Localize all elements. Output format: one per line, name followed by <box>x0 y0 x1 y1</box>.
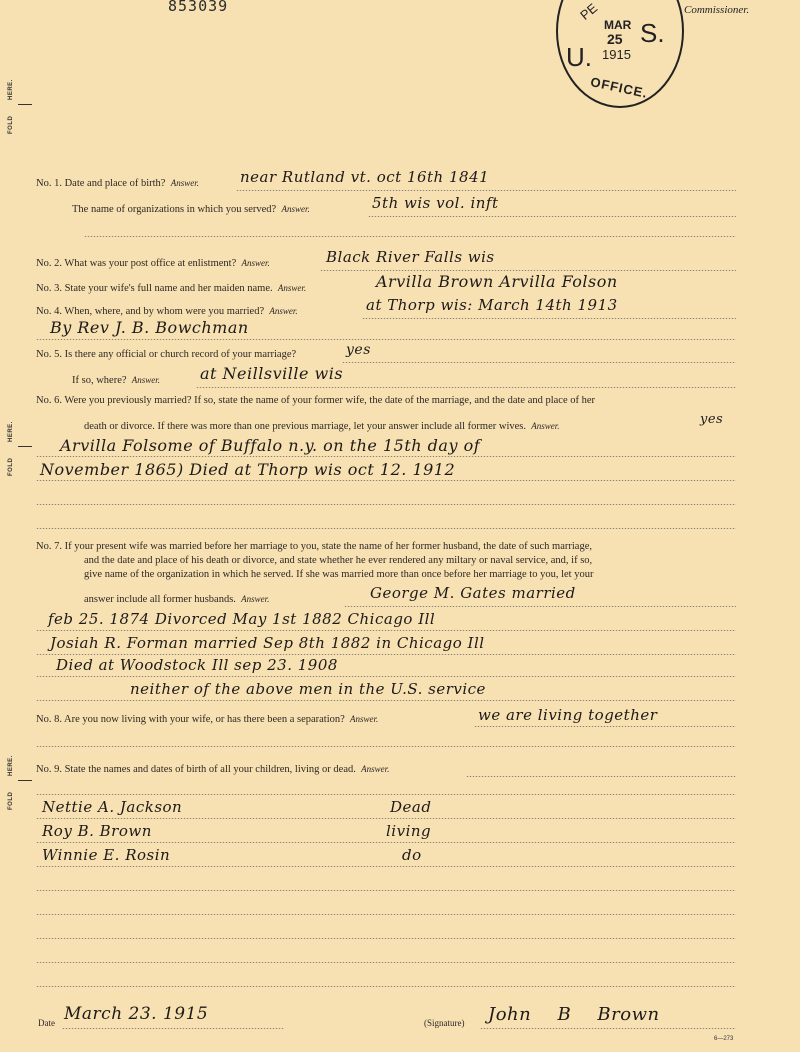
answer-line <box>36 746 736 747</box>
question-7-answer[interactable]: George M. Gates married <box>370 584 576 602</box>
question-9-label: No. 9. State the names and dates of birt… <box>36 762 389 777</box>
fold-line <box>18 780 32 781</box>
question-3-answer[interactable]: Arvilla Brown Arvilla Folson <box>376 272 618 291</box>
question-6-answer-line-2[interactable]: November 1865) Died at Thorp wis oct 12.… <box>40 460 455 479</box>
answer-line <box>368 216 736 217</box>
here-text: HERE. <box>8 421 14 442</box>
signature-line <box>480 1028 736 1029</box>
stamp-month: MAR <box>604 18 631 32</box>
answer-line <box>36 938 736 939</box>
fold-line <box>18 104 32 105</box>
answer-line <box>36 528 736 529</box>
question-3-label: No. 3. State your wife's full name and h… <box>36 281 306 296</box>
answer-line <box>36 866 736 867</box>
fold-mark-bottom: FOLD HERE. <box>6 752 26 818</box>
signature-label: (Signature) <box>424 1016 465 1030</box>
fold-line <box>18 446 32 447</box>
answer-line <box>466 776 736 777</box>
fold-text: FOLD <box>8 792 14 810</box>
form-code: 6—273 <box>714 1036 733 1042</box>
question-8-label: No. 8. Are you now living with your wife… <box>36 712 378 727</box>
answer-line <box>36 986 736 987</box>
answer-line <box>36 339 736 340</box>
question-7-label-line-4: answer include all former husbands. Answ… <box>84 592 269 607</box>
answer-label: Answer. <box>361 764 389 774</box>
child-2-status[interactable]: living <box>386 822 431 840</box>
answer-label: Answer. <box>171 178 199 188</box>
fold-mark-middle: FOLD HERE. <box>6 418 26 484</box>
question-7-label-line-2: and the date and place of his death or d… <box>84 554 592 568</box>
answer-line <box>196 387 736 388</box>
question-5-label: No. 5. Is there any official or church r… <box>36 348 296 362</box>
question-6-label-line-1: No. 6. Were you previously married? If s… <box>36 394 595 408</box>
question-2-answer[interactable]: Black River Falls wis <box>326 248 495 266</box>
answer-label: Answer. <box>132 375 160 385</box>
answer-label: Answer. <box>241 258 269 268</box>
question-1-sub-label: The name of organizations in which you s… <box>72 202 310 217</box>
answer-label: Answer. <box>269 306 297 316</box>
stamp-bottom: OFFICE. <box>589 74 649 101</box>
answer-line <box>36 914 736 915</box>
answer-line <box>36 654 736 655</box>
answer-line <box>236 190 736 191</box>
question-1-sub-answer[interactable]: 5th wis vol. inft <box>372 194 498 212</box>
question-7-answer-line-3[interactable]: Died at Woodstock Ill sep 23. 1908 <box>56 656 338 674</box>
answer-line <box>36 676 736 677</box>
answer-line <box>36 818 736 819</box>
child-2-name[interactable]: Roy B. Brown <box>42 822 152 840</box>
answer-line <box>344 606 736 607</box>
stamp-day: 25 <box>607 31 623 47</box>
answer-line <box>36 962 736 963</box>
stamp-year: 1915 <box>602 47 631 62</box>
question-4-label: No. 4. When, where, and by whom were you… <box>36 304 298 319</box>
date-value[interactable]: March 23. 1915 <box>64 1004 208 1024</box>
answer-label: Answer. <box>278 283 306 293</box>
answer-line <box>36 700 736 701</box>
question-4-answer[interactable]: at Thorp wis: March 14th 1913 <box>366 296 618 314</box>
child-1-name[interactable]: Nettie A. Jackson <box>42 798 182 816</box>
answer-line <box>342 362 736 363</box>
answer-line <box>84 236 736 237</box>
child-3-status[interactable]: do <box>402 846 422 864</box>
fold-text: FOLD <box>8 116 14 134</box>
question-7-label-line-1: No. 7. If your present wife was married … <box>36 540 592 554</box>
child-1-status[interactable]: Dead <box>390 798 431 816</box>
question-1-answer[interactable]: near Rutland vt. oct 16th 1841 <box>240 168 489 186</box>
stamp-right: S. <box>640 18 665 49</box>
serial-number: 853039 <box>168 0 228 15</box>
answer-line <box>36 890 736 891</box>
signature-value[interactable]: John B Brown <box>488 1004 660 1025</box>
here-text: HERE. <box>8 755 14 776</box>
answer-line <box>36 842 736 843</box>
question-6-label-line-2: death or divorce. If there was more than… <box>84 419 560 434</box>
question-7-answer-line-4[interactable]: neither of the above men in the U.S. ser… <box>130 680 486 698</box>
answer-line <box>36 456 736 457</box>
question-2-label: No. 2. What was your post office at enli… <box>36 256 270 271</box>
answer-line <box>36 480 736 481</box>
date-line <box>62 1028 284 1029</box>
question-7-answer-line-2[interactable]: Josiah R. Forman married Sep 8th 1882 in… <box>50 634 485 652</box>
question-6-answer[interactable]: yes <box>700 412 723 427</box>
question-5-answer[interactable]: yes <box>346 342 371 358</box>
stamp-top-text: PE <box>577 0 600 23</box>
child-3-name[interactable]: Winnie E. Rosin <box>42 846 170 864</box>
answer-label: Answer. <box>350 714 378 724</box>
fold-text: FOLD <box>8 458 14 476</box>
answer-line <box>320 270 736 271</box>
answer-line <box>36 794 736 795</box>
date-label: Date <box>38 1016 55 1030</box>
answer-label: Answer. <box>281 204 309 214</box>
fold-mark-top: FOLD HERE. <box>6 76 26 142</box>
answer-label: Answer. <box>531 421 559 431</box>
answer-line <box>474 726 736 727</box>
answer-label: Answer. <box>241 594 269 604</box>
answer-line <box>362 318 736 319</box>
commissioner-label: Commissioner. <box>684 4 749 16</box>
pension-office-stamp: PE MAR 25 1915 U. S. OFFICE. <box>556 0 684 108</box>
question-5-sub-label: If so, where? Answer. <box>72 373 160 388</box>
question-8-answer[interactable]: we are living together <box>478 706 657 724</box>
answer-line <box>36 504 736 505</box>
question-6-answer-line-1[interactable]: Arvilla Folsome of Buffalo n.y. on the 1… <box>60 436 480 455</box>
stamp-left: U. <box>566 42 592 73</box>
question-1-label: No. 1. Date and place of birth? Answer. <box>36 176 199 191</box>
answer-line <box>36 630 736 631</box>
question-7-label-line-3: give name of the organization in which h… <box>84 568 593 582</box>
question-5-sub-answer[interactable]: at Neillsville wis <box>200 364 343 383</box>
question-4-answer-line-2[interactable]: By Rev J. B. Bowchman <box>50 318 249 337</box>
question-7-answer-line-1[interactable]: feb 25. 1874 Divorced May 1st 1882 Chica… <box>48 610 435 628</box>
here-text: HERE. <box>8 79 14 100</box>
